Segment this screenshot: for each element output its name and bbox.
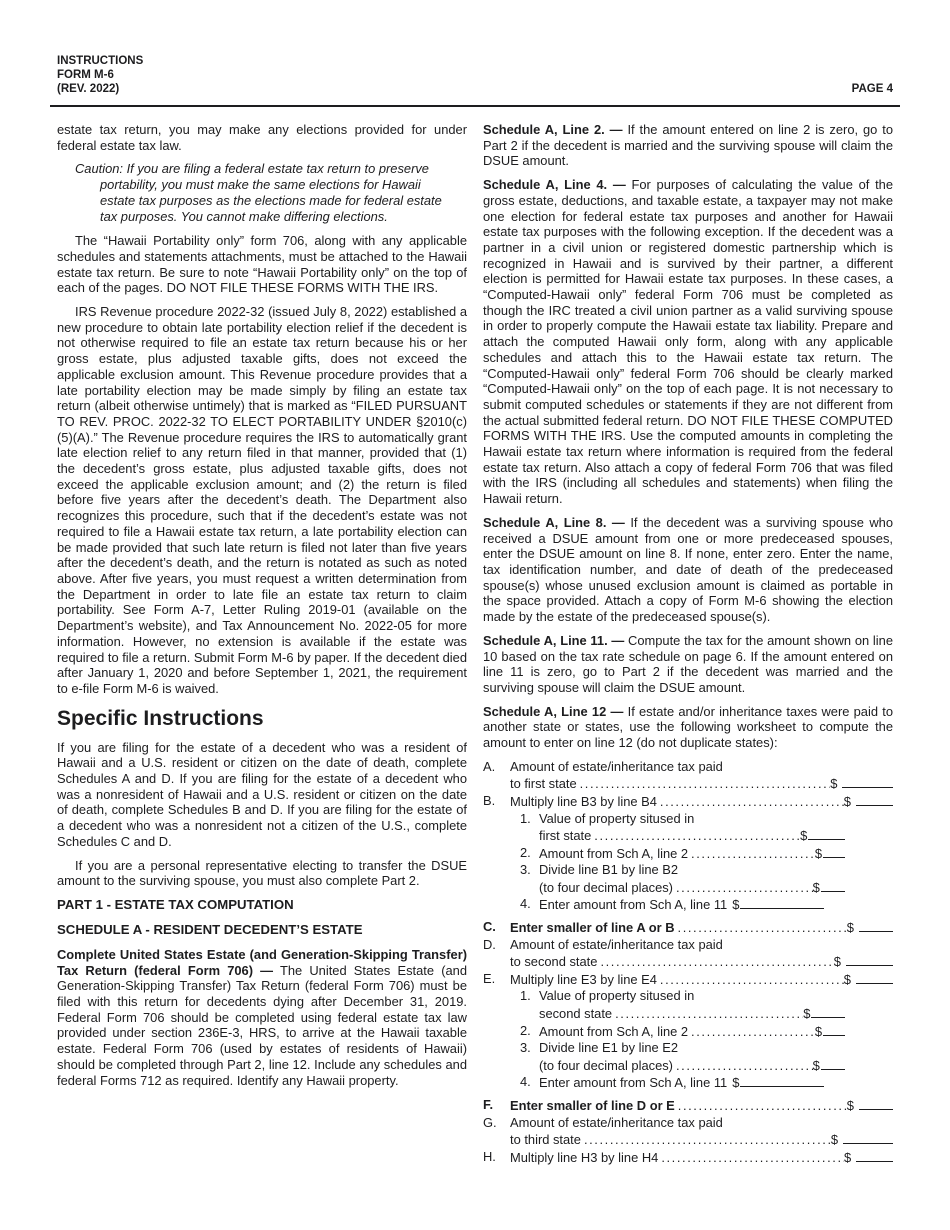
- worksheet-row: E.Multiply line E3 by line E4...........…: [483, 971, 893, 989]
- paragraph-personal-rep: If you are a personal representative ele…: [57, 858, 467, 889]
- line-12-worksheet: A.Amount of estate/inheritance tax paidt…: [483, 759, 893, 1167]
- row-content: Enter smaller of line A or B............…: [510, 919, 893, 937]
- paragraph-revproc: IRS Revenue procedure 2022-32 (issued Ju…: [57, 304, 467, 697]
- dot-leader: ........................................…: [581, 1132, 831, 1149]
- row-text: Multiply line H3 by line H4: [510, 1150, 658, 1167]
- row-label: 1.: [520, 811, 539, 828]
- row-text: Amount from Sch A, line 2: [539, 846, 688, 863]
- worksheet-line: Multiply line E3 by line E4.............…: [510, 971, 893, 989]
- row-content: Multiply line B3 by line B4.............…: [510, 793, 893, 811]
- paragraph-lead: Schedule A, Line 2. —: [483, 122, 623, 137]
- heading-specific-instructions: Specific Instructions: [57, 707, 467, 731]
- row-label: H.: [483, 1149, 510, 1166]
- worksheet-line: Value of property sitused in: [539, 988, 845, 1005]
- currency-sign: $: [830, 776, 837, 793]
- worksheet-line: Value of property sitused in: [539, 811, 845, 828]
- row-content: Amount from Sch A, line 2...............…: [539, 1023, 845, 1041]
- row-label: F.: [483, 1097, 510, 1114]
- worksheet-line: Enter amount from Sch A, line 11$: [539, 896, 845, 914]
- row-label: 4.: [520, 896, 539, 913]
- worksheet-row: 1.Value of property sitused insecond sta…: [520, 988, 845, 1022]
- dot-leader: ........................................…: [688, 846, 815, 863]
- row-text: second state: [539, 1006, 612, 1023]
- dot-leader: ........................................…: [675, 920, 847, 937]
- row-label: 2.: [520, 1023, 539, 1040]
- page: INSTRUCTIONS FORM M-6 (REV. 2022) PAGE 4…: [0, 0, 950, 1230]
- worksheet-line: (to four decimal places)................…: [539, 879, 845, 897]
- row-label: A.: [483, 759, 510, 776]
- worksheet-line: to first state..........................…: [510, 775, 893, 793]
- worksheet-line: Enter smaller of line D or E............…: [510, 1097, 893, 1115]
- row-label: 1.: [520, 988, 539, 1005]
- currency-sign: $: [844, 1150, 851, 1167]
- worksheet-line: (to four decimal places)................…: [539, 1057, 845, 1075]
- amount-blank: [846, 953, 893, 966]
- row-label: 2.: [520, 845, 539, 862]
- currency-sign: $: [732, 897, 739, 914]
- row-text: to second state: [510, 954, 597, 971]
- worksheet-line: first state.............................…: [539, 827, 845, 845]
- row-content: Amount from Sch A, line 2...............…: [539, 845, 845, 863]
- header-revision: (REV. 2022): [57, 82, 143, 96]
- amount-blank: [843, 1131, 893, 1144]
- dot-leader: ........................................…: [577, 776, 831, 793]
- paragraph-body: The United States Estate (and Generation…: [57, 963, 467, 1088]
- dot-leader: ........................................…: [675, 1098, 847, 1115]
- amount-blank: [823, 1023, 845, 1036]
- currency-sign: $: [803, 1006, 810, 1023]
- paragraph-lead: Schedule A, Line 11. —: [483, 633, 624, 648]
- currency-sign: $: [815, 1024, 822, 1041]
- amount-blank: [811, 1005, 845, 1018]
- page-number: PAGE 4: [852, 82, 893, 96]
- row-content: Amount of estate/inheritance tax paidto …: [510, 759, 893, 793]
- currency-sign: $: [844, 794, 851, 811]
- currency-sign: $: [844, 972, 851, 989]
- dot-leader: ........................................…: [658, 1150, 844, 1167]
- row-text: first state: [539, 828, 591, 845]
- currency-sign: $: [847, 1098, 854, 1115]
- paragraph-sched-a-line-8: Schedule A, Line 8. — If the decedent wa…: [483, 515, 893, 625]
- amount-blank: [859, 919, 893, 932]
- amount-blank: [808, 827, 845, 840]
- worksheet-row: F.Enter smaller of line D or E..........…: [483, 1097, 893, 1115]
- dot-leader: ........................................…: [591, 828, 800, 845]
- dot-leader: ........................................…: [612, 1006, 803, 1023]
- right-column: Schedule A, Line 2. — If the amount ente…: [483, 122, 893, 1166]
- currency-sign: $: [831, 1132, 838, 1149]
- worksheet-row: 2.Amount from Sch A, line 2.............…: [520, 1023, 845, 1041]
- paragraph-lead: Schedule A, Line 12 —: [483, 704, 623, 719]
- worksheet-line: Enter amount from Sch A, line 11$: [539, 1074, 845, 1092]
- worksheet-row: H.Multiply line H3 by line H4...........…: [483, 1149, 893, 1167]
- paragraph-lead: Schedule A, Line 4. —: [483, 177, 626, 192]
- currency-sign: $: [732, 1075, 739, 1092]
- worksheet-line: Divide line B1 by line B2: [539, 862, 845, 879]
- row-text: Divide line E1 by line E2: [539, 1040, 678, 1057]
- row-text: Enter amount from Sch A, line 11: [539, 897, 727, 914]
- paragraph-complete-706: Complete United States Estate (and Gener…: [57, 947, 467, 1088]
- heading-part1: PART 1 - ESTATE TAX COMPUTATION: [57, 897, 467, 912]
- worksheet-line: Multiply line B3 by line B4.............…: [510, 793, 893, 811]
- row-text: Amount from Sch A, line 2: [539, 1024, 688, 1041]
- paragraph-filing: If you are filing for the estate of a de…: [57, 740, 467, 850]
- row-text: (to four decimal places): [539, 1058, 673, 1075]
- row-text: Enter smaller of line A or B: [510, 920, 675, 937]
- row-text: Value of property sitused in: [539, 988, 694, 1005]
- worksheet-line: second state............................…: [539, 1005, 845, 1023]
- row-content: Amount of estate/inheritance tax paidto …: [510, 1115, 893, 1149]
- row-content: Value of property sitused infirst state.…: [539, 811, 845, 845]
- row-content: Divide line E1 by line E2(to four decima…: [539, 1040, 845, 1074]
- amount-blank: [821, 879, 845, 892]
- row-text: to third state: [510, 1132, 581, 1149]
- caution-note: Caution: If you are filing a federal est…: [100, 161, 453, 224]
- row-content: Divide line B1 by line B2(to four decima…: [539, 862, 845, 896]
- worksheet-line: to second state.........................…: [510, 953, 893, 971]
- row-text: Divide line B1 by line B2: [539, 862, 678, 879]
- worksheet-row: 3.Divide line B1 by line B2(to four deci…: [520, 862, 845, 896]
- paragraph-sched-a-line-12: Schedule A, Line 12 — If estate and/or i…: [483, 704, 893, 751]
- worksheet-line: Enter smaller of line A or B............…: [510, 919, 893, 937]
- row-content: Value of property sitused insecond state…: [539, 988, 845, 1022]
- row-content: Enter amount from Sch A, line 11$: [539, 1074, 845, 1092]
- dot-leader: ........................................…: [688, 1024, 815, 1041]
- row-content: Enter amount from Sch A, line 11$: [539, 896, 845, 914]
- worksheet-row: C.Enter smaller of line A or B..........…: [483, 919, 893, 937]
- header-form-number: FORM M-6: [57, 68, 143, 82]
- worksheet-line: Multiply line H3 by line H4.............…: [510, 1149, 893, 1167]
- page-header: INSTRUCTIONS FORM M-6 (REV. 2022) PAGE 4: [57, 54, 893, 96]
- worksheet-line: Amount of estate/inheritance tax paid: [510, 759, 893, 776]
- worksheet-row: B.Multiply line B3 by line B4...........…: [483, 793, 893, 811]
- paragraph-body: If the decedent was a surviving spouse w…: [483, 515, 893, 624]
- row-text: Amount of estate/inheritance tax paid: [510, 759, 723, 776]
- worksheet-line: Amount from Sch A, line 2...............…: [539, 1023, 845, 1041]
- worksheet-line: Amount of estate/inheritance tax paid: [510, 937, 893, 954]
- worksheet-row: G.Amount of estate/inheritance tax paidt…: [483, 1115, 893, 1149]
- amount-blank: [856, 971, 893, 984]
- currency-sign: $: [800, 828, 807, 845]
- worksheet-row: D.Amount of estate/inheritance tax paidt…: [483, 937, 893, 971]
- paragraph-body: For purposes of calculating the value of…: [483, 177, 893, 506]
- worksheet-line: Amount of estate/inheritance tax paid: [510, 1115, 893, 1132]
- paragraph-sched-a-line-4: Schedule A, Line 4. — For purposes of ca…: [483, 177, 893, 507]
- row-content: Multiply line E3 by line E4.............…: [510, 971, 893, 989]
- heading-schedule-a: SCHEDULE A - RESIDENT DECEDENT’S ESTATE: [57, 922, 467, 937]
- row-text: Multiply line E3 by line E4: [510, 972, 657, 989]
- row-text: to first state: [510, 776, 577, 793]
- amount-blank: [823, 845, 845, 858]
- row-text: Enter amount from Sch A, line 11: [539, 1075, 727, 1092]
- currency-sign: $: [813, 1058, 820, 1075]
- amount-blank: [842, 775, 893, 788]
- currency-sign: $: [847, 920, 854, 937]
- paragraph-portability: The “Hawaii Portability only” form 706, …: [57, 233, 467, 296]
- two-column-body: estate tax return, you may make any elec…: [57, 122, 893, 1166]
- amount-blank: [859, 1097, 893, 1110]
- row-label: B.: [483, 793, 510, 810]
- paragraph-sched-a-line-2: Schedule A, Line 2. — If the amount ente…: [483, 122, 893, 169]
- row-content: Multiply line H3 by line H4.............…: [510, 1149, 893, 1167]
- currency-sign: $: [813, 880, 820, 897]
- row-label: C.: [483, 919, 510, 936]
- form-title-block: INSTRUCTIONS FORM M-6 (REV. 2022): [57, 54, 143, 96]
- left-column: estate tax return, you may make any elec…: [57, 122, 467, 1166]
- row-label: 3.: [520, 1040, 539, 1057]
- paragraph-sched-a-line-11: Schedule A, Line 11. — Compute the tax f…: [483, 633, 893, 696]
- amount-blank: [821, 1057, 845, 1070]
- worksheet-line: Amount from Sch A, line 2...............…: [539, 845, 845, 863]
- row-text: Multiply line B3 by line B4: [510, 794, 657, 811]
- amount-blank: [740, 1074, 824, 1087]
- row-content: Amount of estate/inheritance tax paidto …: [510, 937, 893, 971]
- row-text: Amount of estate/inheritance tax paid: [510, 1115, 723, 1132]
- worksheet-row: 1.Value of property sitused infirst stat…: [520, 811, 845, 845]
- amount-blank: [740, 896, 824, 909]
- paragraph-lead: Schedule A, Line 8. —: [483, 515, 625, 530]
- row-content: Enter smaller of line D or E............…: [510, 1097, 893, 1115]
- worksheet-line: Divide line E1 by line E2: [539, 1040, 845, 1057]
- dot-leader: ........................................…: [657, 972, 844, 989]
- row-label: 3.: [520, 862, 539, 879]
- worksheet-row: 3.Divide line E1 by line E2(to four deci…: [520, 1040, 845, 1074]
- paragraph-continuation: estate tax return, you may make any elec…: [57, 122, 467, 153]
- row-label: E.: [483, 971, 510, 988]
- currency-sign: $: [834, 954, 841, 971]
- worksheet-row: 2.Amount from Sch A, line 2.............…: [520, 845, 845, 863]
- dot-leader: ........................................…: [597, 954, 833, 971]
- worksheet-row: 4.Enter amount from Sch A, line 11$: [520, 1074, 845, 1092]
- row-text: Enter smaller of line D or E: [510, 1098, 675, 1115]
- row-label: G.: [483, 1115, 510, 1132]
- row-text: (to four decimal places): [539, 880, 673, 897]
- dot-leader: ........................................…: [657, 794, 844, 811]
- currency-sign: $: [815, 846, 822, 863]
- amount-blank: [856, 793, 893, 806]
- dot-leader: ........................................…: [673, 880, 813, 897]
- worksheet-row: A.Amount of estate/inheritance tax paidt…: [483, 759, 893, 793]
- row-text: Amount of estate/inheritance tax paid: [510, 937, 723, 954]
- header-instructions: INSTRUCTIONS: [57, 54, 143, 68]
- worksheet-row: 4.Enter amount from Sch A, line 11$: [520, 896, 845, 914]
- header-rule: [50, 105, 900, 107]
- row-text: Value of property sitused in: [539, 811, 694, 828]
- worksheet-line: to third state..........................…: [510, 1131, 893, 1149]
- row-label: D.: [483, 937, 510, 954]
- row-label: 4.: [520, 1074, 539, 1091]
- dot-leader: ........................................…: [673, 1058, 813, 1075]
- amount-blank: [856, 1149, 893, 1162]
